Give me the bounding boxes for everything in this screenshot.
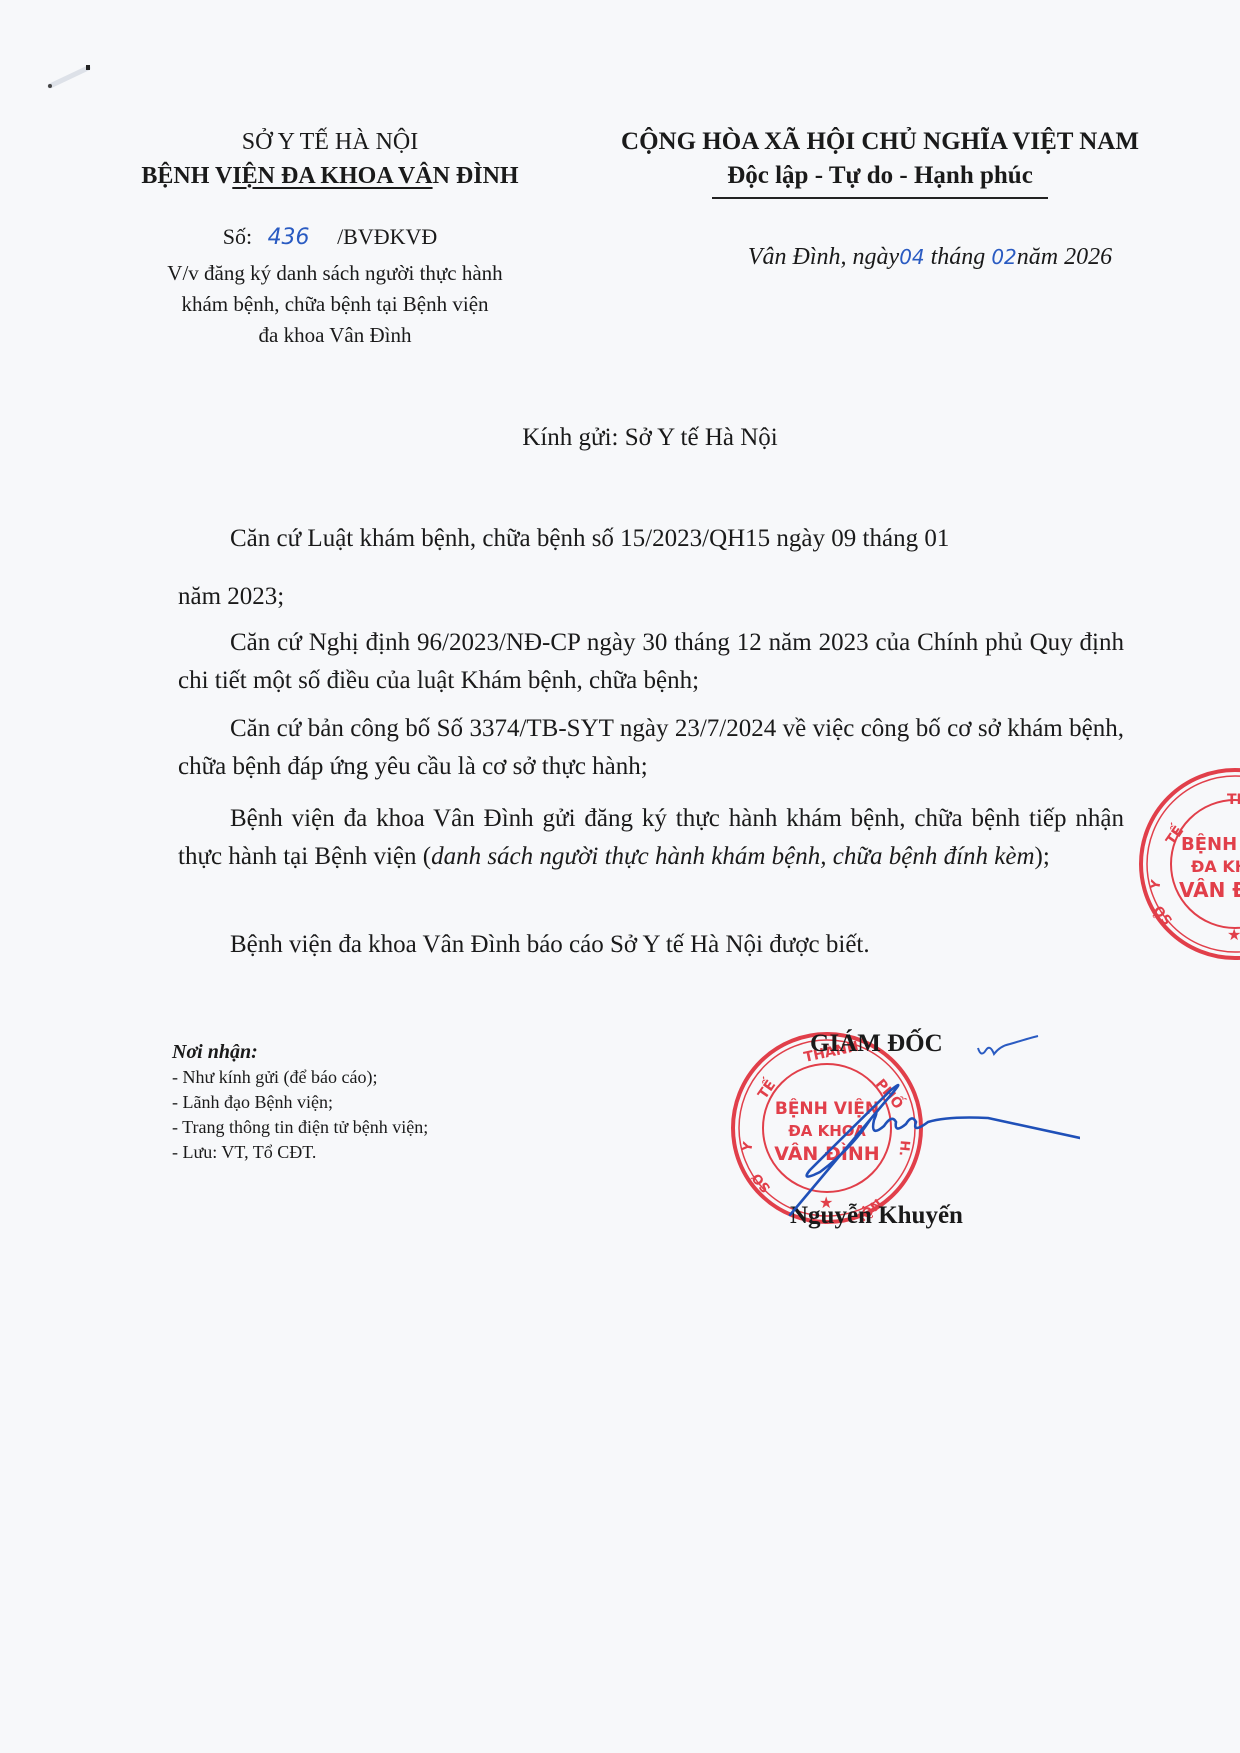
svg-text:VÂN ĐÌNH: VÂN ĐÌNH xyxy=(1179,878,1240,902)
month-label: tháng xyxy=(925,244,992,270)
paragraph-legal-basis-2: Căn cứ Nghị định 96/2023/NĐ-CP ngày 30 t… xyxy=(178,624,1124,700)
paragraph-text: Căn cứ Luật khám bệnh, chữa bệnh số 15/2… xyxy=(230,525,949,552)
org-name-part: N ĐÌNH xyxy=(433,163,519,189)
subject-line: V/v đăng ký danh sách người thực hành xyxy=(130,258,540,289)
paragraph-registration: Bệnh viện đa khoa Vân Đình gửi đăng ký t… xyxy=(178,800,1124,876)
handwritten-day: 04 xyxy=(899,245,924,269)
document-subject: V/v đăng ký danh sách người thực hành kh… xyxy=(130,258,540,351)
date-line: Vân Đình, ngày04 tháng 02năm 2026 xyxy=(700,240,1160,274)
recipient-item: - Trang thông tin điện tử bệnh viện; xyxy=(172,1115,552,1140)
organization-name: BỆNH VIỆN ĐA KHOA VÂN ĐÌNH xyxy=(100,159,560,193)
subject-line: khám bệnh, chữa bệnh tại Bệnh viện xyxy=(130,289,540,320)
staple-mark xyxy=(44,62,96,92)
recipient-item: - Như kính gửi (để báo cáo); xyxy=(172,1065,552,1090)
date-place: Vân Đình, ngày xyxy=(748,244,899,270)
recipients-list: Nơi nhận: - Như kính gửi (để báo cáo); -… xyxy=(172,1040,552,1165)
recipient-item: - Lãnh đạo Bệnh viện; xyxy=(172,1090,552,1115)
svg-text:★: ★ xyxy=(1227,925,1240,944)
svg-text:THÀNH: THÀNH xyxy=(1227,791,1240,808)
paragraph-legal-basis-3: Căn cứ bản công bố Số 3374/TB-SYT ngày 2… xyxy=(178,710,1124,786)
nation-title: CỘNG HÒA XÃ HỘI CHỦ NGHĨA VIỆT NAM xyxy=(580,125,1180,159)
paragraph-legal-basis-1-cont: năm 2023; xyxy=(178,578,1124,616)
parent-organization: SỞ Y TẾ HÀ NỘI xyxy=(100,125,560,159)
handwritten-number: 436 xyxy=(268,225,310,250)
handwritten-month: 02 xyxy=(991,245,1016,269)
attachment-note: danh sách người thực hành khám bệnh, chữ… xyxy=(431,843,1034,870)
org-name-part: BỆNH V xyxy=(141,163,232,189)
year-label: năm 2026 xyxy=(1017,244,1112,270)
paragraph-report: Bệnh viện đa khoa Vân Đình báo cáo Sở Y … xyxy=(178,926,1124,964)
svg-text:BỆNH: BỆNH xyxy=(1181,833,1237,855)
side-seal-stamp: THÀNH TẾ Y SỞ BỆNH ĐA KHOA VÂN ĐÌNH ★ xyxy=(1135,764,1240,964)
issuing-authority: SỞ Y TẾ HÀ NỘI BỆNH VIỆN ĐA KHOA VÂN ĐÌN… xyxy=(100,125,560,193)
paragraph-text: Căn cứ bản công bố Số 3374/TB-SYT ngày 2… xyxy=(178,715,1124,780)
handwritten-signature xyxy=(780,1030,1080,1230)
paragraph-text: ); xyxy=(1035,843,1050,870)
motto-underline xyxy=(712,197,1048,199)
national-header: CỘNG HÒA XÃ HỘI CHỦ NGHĨA VIỆT NAM Độc l… xyxy=(580,125,1180,199)
number-suffix: /BVĐKVĐ xyxy=(337,224,437,249)
subject-line: đa khoa Vân Đình xyxy=(130,320,540,351)
recipients-title: Nơi nhận: xyxy=(172,1040,552,1065)
paragraph-text: Bệnh viện đa khoa Vân Đình báo cáo Sở Y … xyxy=(230,931,870,958)
document-number: Số: 436 /BVĐKVĐ xyxy=(100,222,560,253)
org-name-underlined: IỆN ĐA KHOA VÂ xyxy=(232,163,432,189)
national-motto: Độc lập - Tự do - Hạnh phúc xyxy=(727,159,1033,193)
svg-text:SỞ: SỞ xyxy=(1149,901,1176,928)
number-label: Số: xyxy=(223,224,252,249)
recipient-item: - Lưu: VT, Tổ CĐT. xyxy=(172,1140,552,1165)
paragraph-legal-basis-1: Căn cứ Luật khám bệnh, chữa bệnh số 15/2… xyxy=(178,520,1124,558)
svg-text:ĐA KHOA: ĐA KHOA xyxy=(1191,857,1240,876)
paragraph-text: Căn cứ Nghị định 96/2023/NĐ-CP ngày 30 t… xyxy=(178,629,1124,694)
addressee-line: Kính gửi: Sở Y tế Hà Nội xyxy=(0,424,1200,452)
